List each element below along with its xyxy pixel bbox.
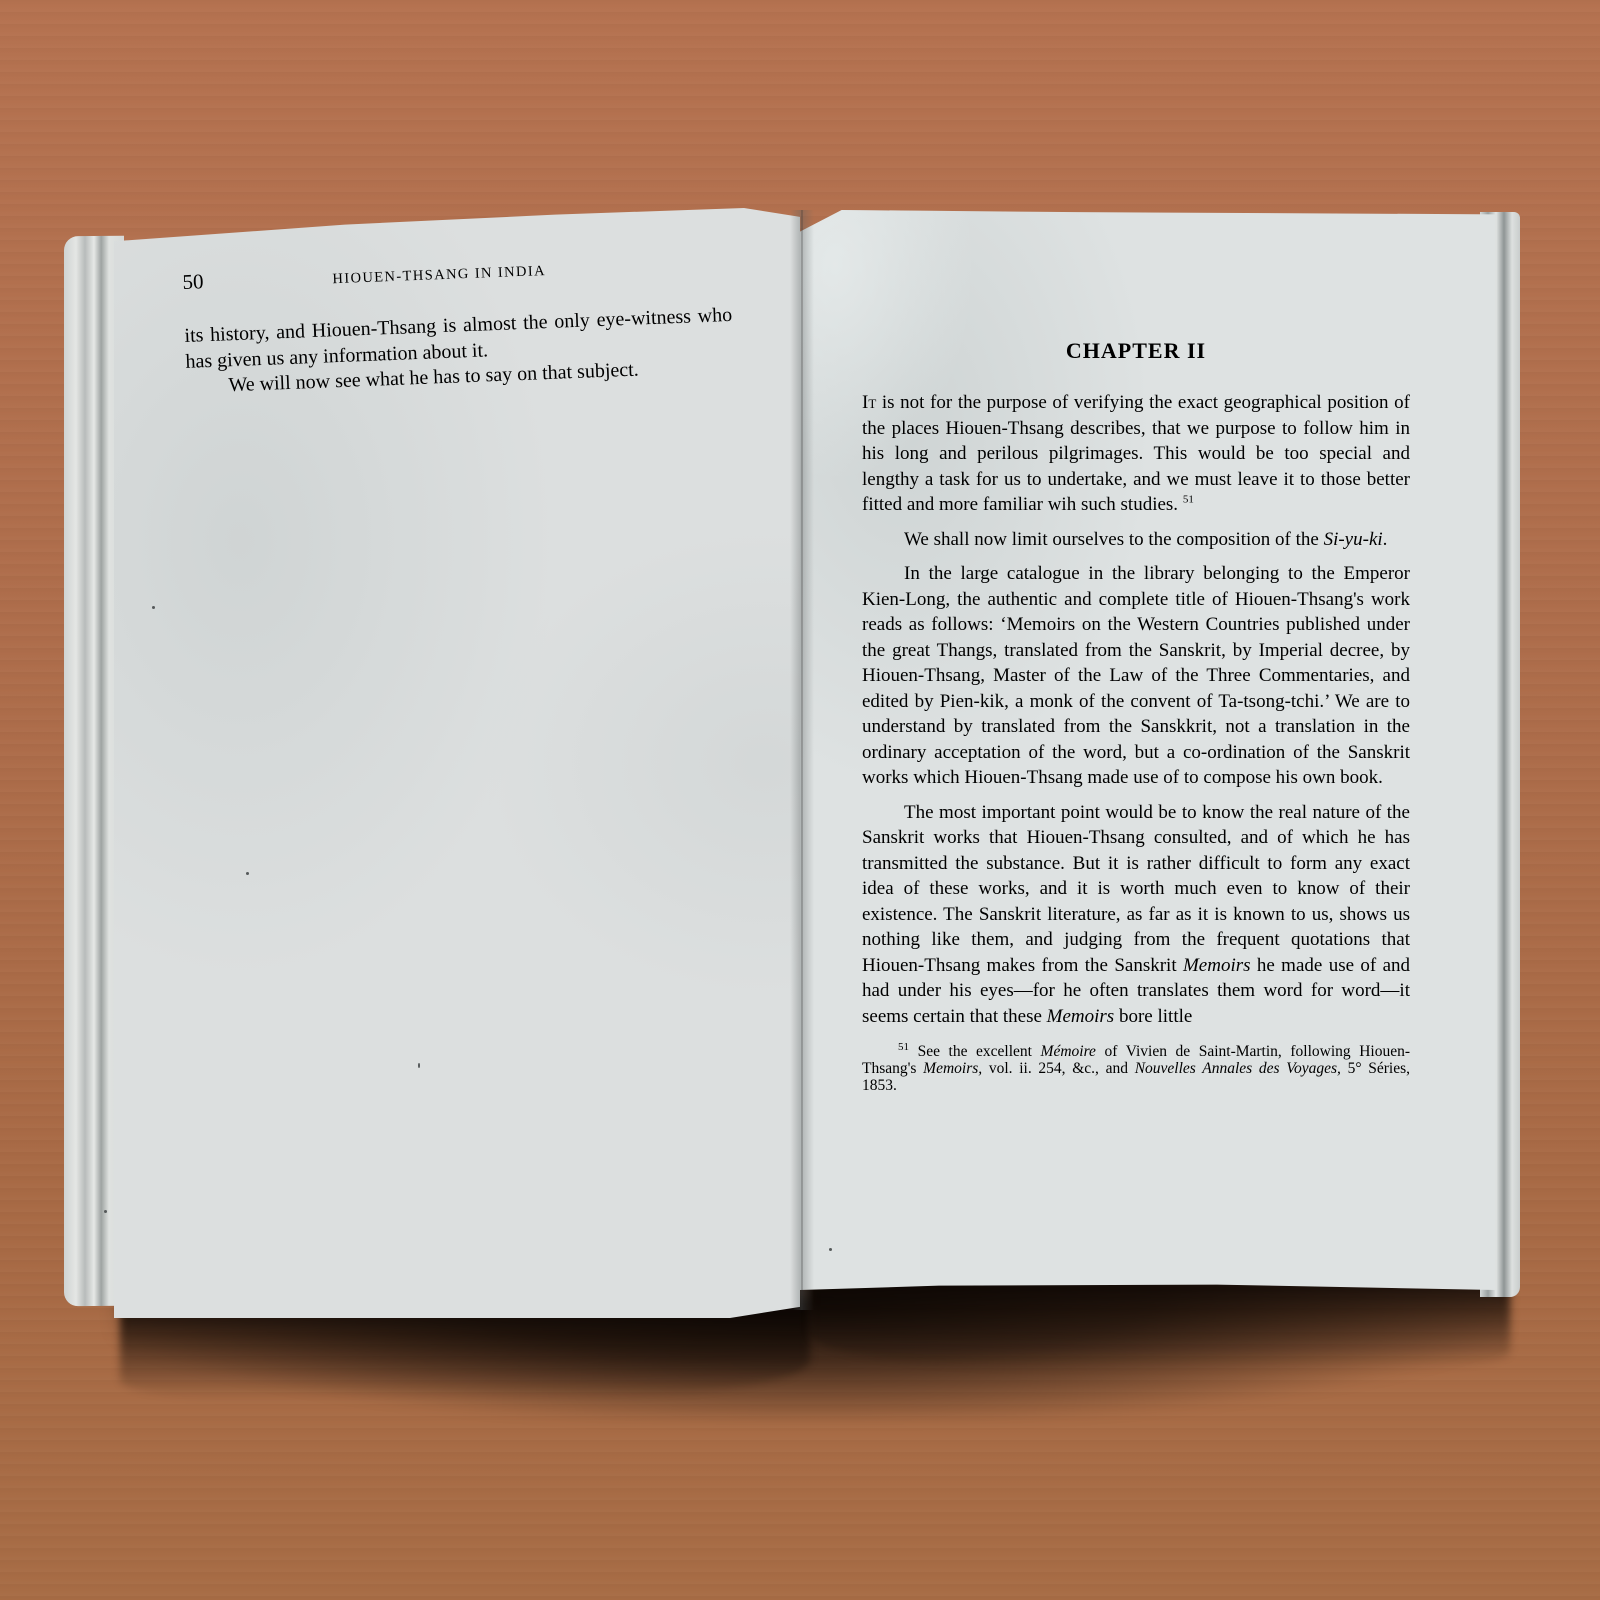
paragraph-4: The most important point would be to kno… (862, 800, 1410, 1030)
paragraph-text: We shall now limit ourselves to the comp… (904, 529, 1324, 550)
italic-text: Memoirs, (923, 1060, 982, 1077)
small-caps-lead: It (862, 392, 876, 413)
paragraph-text: bore little (1114, 1006, 1192, 1027)
italic-text: Nouvelles Annales des Voyages, (1135, 1060, 1341, 1077)
paper-speck (152, 606, 155, 609)
page-number: 50 (182, 264, 333, 295)
photo-scene: 50 HIOUEN-THSANG IN INDIA its history, a… (0, 0, 1600, 1600)
footnote-reference: 51 (1183, 494, 1194, 506)
paragraph-1: It is not for the purpose of verifying t… (862, 390, 1410, 518)
right-page-shadow (810, 1280, 1510, 1370)
footnote: 51 See the excellent Mémoire of Vivien d… (862, 1043, 1410, 1094)
footnote-marker: 51 (898, 1041, 909, 1053)
paper-speck (829, 1248, 832, 1251)
italic-text: Memoirs (1047, 1006, 1115, 1027)
paragraph-3: In the large catalogue in the library be… (862, 561, 1410, 791)
right-page-content: CHAPTER II It is not for the purpose of … (862, 338, 1410, 1094)
italic-text: Memoirs (1183, 955, 1251, 976)
paper-speck (104, 1210, 107, 1213)
chapter-title: CHAPTER II (862, 338, 1410, 364)
footnote-text: See the excellent (909, 1043, 1041, 1060)
paragraph-text: . (1383, 529, 1388, 550)
footnote-text: vol. ii. 254, &c., and (982, 1060, 1135, 1077)
running-title: HIOUEN-THSANG IN INDIA (332, 263, 546, 288)
book-title-italic: Si-yu-ki (1324, 529, 1383, 550)
italic-text: Mémoire (1041, 1043, 1096, 1060)
book-gutter (790, 210, 814, 1310)
right-body-text: It is not for the purpose of verifying t… (862, 390, 1410, 1029)
paper-speck (418, 1063, 420, 1068)
paragraph-text: is not for the purpose of verifying the … (862, 392, 1410, 515)
paragraph-2: We shall now limit ourselves to the comp… (862, 527, 1410, 553)
paper-speck (246, 872, 249, 875)
left-page-content: 50 HIOUEN-THSANG IN INDIA its history, a… (182, 249, 735, 400)
paragraph-text: The most important point would be to kno… (862, 802, 1410, 976)
